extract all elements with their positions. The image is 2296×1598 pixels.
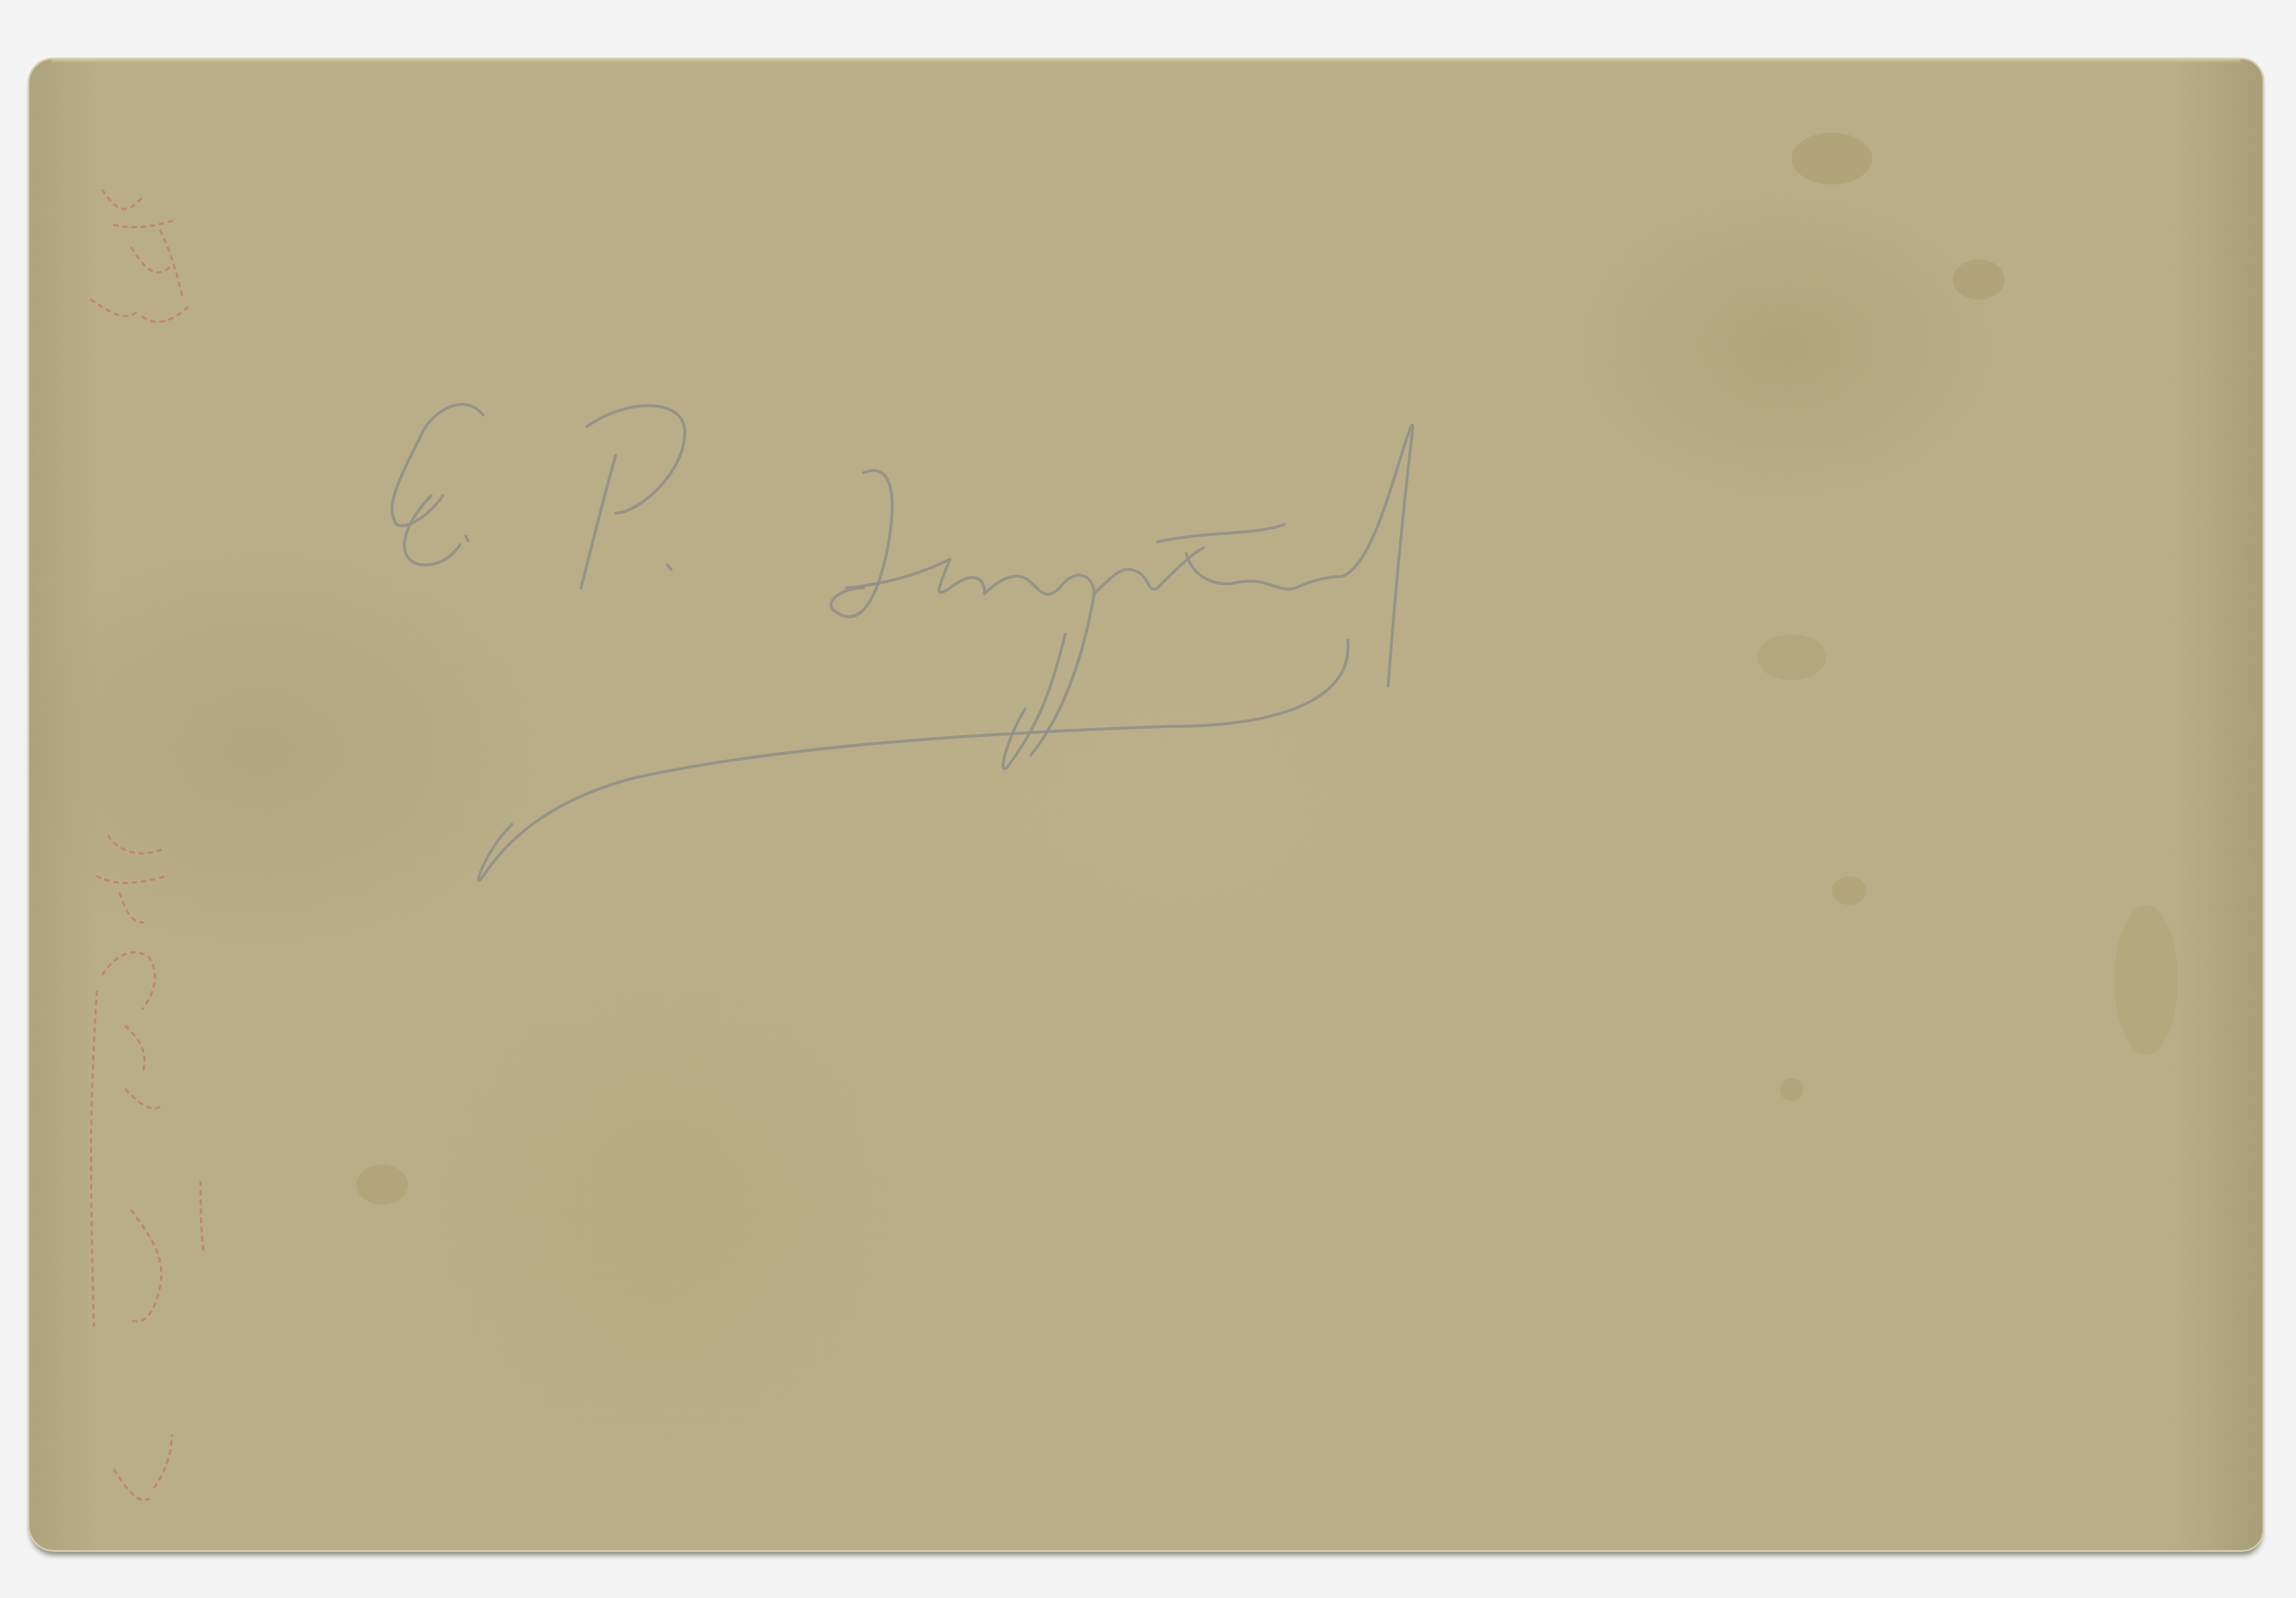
pencil-signature (28, 58, 2264, 1552)
stain (356, 1164, 408, 1205)
red-stamp-offset (28, 58, 2264, 1552)
stain (1832, 876, 1867, 905)
stain (2114, 905, 2178, 1055)
stain (1792, 133, 1872, 184)
card-worn-edge (51, 58, 2241, 63)
stain (1953, 259, 2005, 300)
stain (1780, 1078, 1803, 1101)
stain (1757, 634, 1826, 680)
signature-text: E. P. Sungstad (28, 58, 28, 58)
card-back: E. P. Sungstad (28, 58, 2264, 1552)
scan-background: E. P. Sungstad (0, 0, 2296, 1598)
